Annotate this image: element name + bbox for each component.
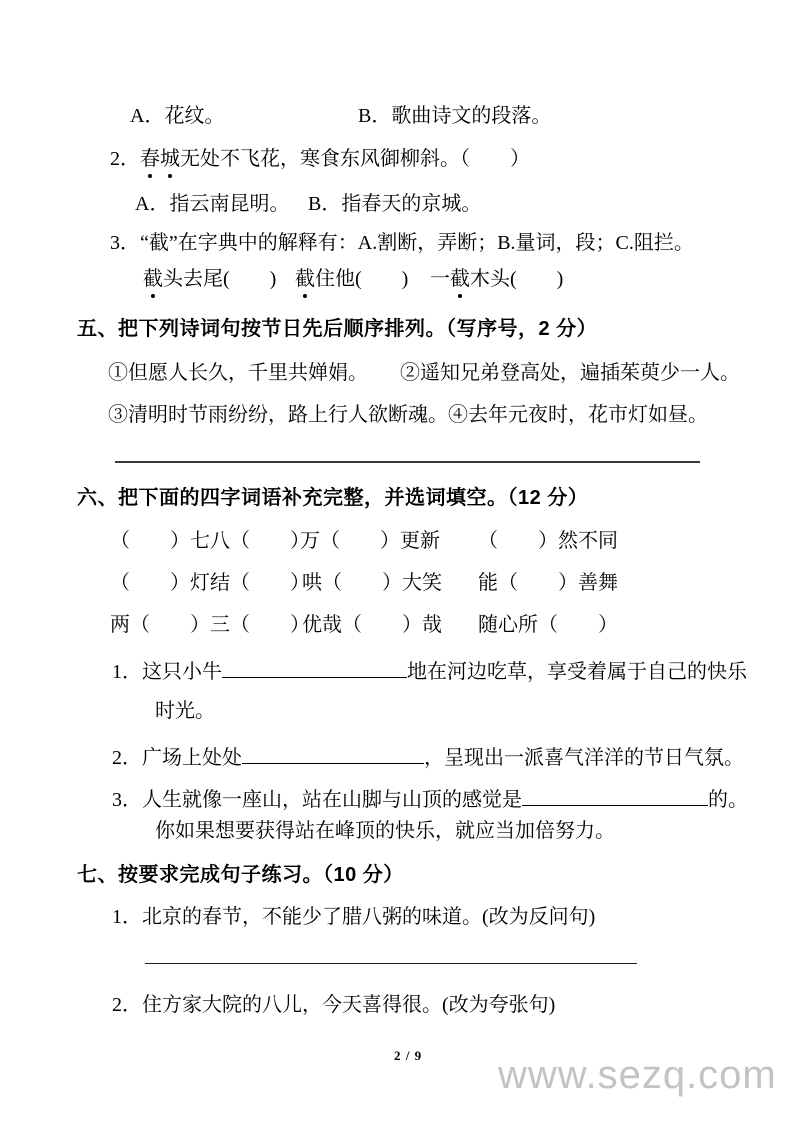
sec7-item-2: 2．住方家大院的八儿，今天喜得很。(改为夸张句): [112, 994, 555, 1017]
q1-option-b: B．歌曲诗文的段落。: [358, 105, 551, 128]
q3-blank-3-text: 木头( ): [470, 268, 563, 290]
sec6-item-1-post: 地在河边吃草，享受着属于自己的快乐: [407, 661, 747, 683]
sec7-item-1: 1．北京的春节，不能少了腊八粥的味道。(改为反问句): [112, 906, 595, 929]
sec6-item-2-pre: 2．广场上处处: [112, 747, 242, 769]
q3-blank-3-pre: 一: [430, 268, 450, 290]
word-grid-cell: 万（ ）更新: [300, 530, 440, 553]
word-grid-cell: 随心所（ ）: [478, 614, 618, 637]
q3-blank-1-text: 头去尾( ): [163, 268, 276, 290]
sec6-item-1-pre: 1．这只小牛: [112, 661, 222, 683]
fill-in-blank: [222, 656, 407, 678]
emphasized-char: 城: [160, 148, 180, 171]
sec6-item-3-post: 的。: [708, 789, 748, 811]
word-grid-cell: 优哉（ ）哉: [302, 614, 442, 637]
sec6-item-3-cont: 你如果想要获得站在峰顶的快乐，就应当加倍努力。: [155, 820, 615, 843]
q3-blank-1: 截头去尾( ): [143, 268, 276, 291]
question-3-text: “截”在字典中的解释有：A.割断，弄断；B.量词，段；C.阻拦。: [140, 232, 694, 254]
word-grid-cell: （ ）七八（ ）: [110, 530, 310, 553]
answer-line: [145, 963, 637, 964]
emphasized-char: 截: [295, 268, 315, 291]
page-number: 2 / 9: [394, 1048, 422, 1064]
word-grid-cell: 两（ ）三（ ）: [110, 614, 310, 637]
q3-blank-3: 一截木头( ): [430, 268, 563, 291]
emphasized-char: 截: [143, 268, 163, 291]
q1-option-a: A．花纹。: [130, 105, 224, 128]
emphasized-char: 春: [140, 148, 160, 171]
sec5-poem-3-4: ③清明时节雨纷纷，路上行人欲断魂。④去年元夜时，花市灯如昼。: [108, 404, 708, 427]
sec6-item-1-cont: 时光。: [155, 700, 215, 723]
section-5-heading: 五、把下列诗词句按节日先后顺序排列。（写序号，2 分）: [77, 318, 597, 341]
word-grid-cell: 能（ ）善舞: [478, 572, 618, 595]
sec6-item-1: 1．这只小牛地在河边吃草，享受着属于自己的快乐: [112, 656, 747, 684]
section-7-heading: 七、按要求完成句子练习。（10 分）: [77, 864, 404, 887]
question-2: 2．春城无处不飞花，寒食东风御柳斜。（ ）: [110, 148, 530, 171]
question-2-number: 2．: [110, 148, 140, 170]
sec5-poem-2: ②遥知兄弟登高处，遍插茱萸少一人。: [400, 362, 740, 385]
q3-blank-2: 截住他( ): [295, 268, 408, 291]
answer-line: [115, 461, 700, 463]
section-6-heading: 六、把下面的四字词语补充完整，并选词填空。（12 分）: [77, 487, 588, 510]
q3-blank-2-text: 住他( ): [315, 268, 408, 290]
sec6-item-3: 3．人生就像一座山，站在山脚与山顶的感觉是的。: [112, 784, 748, 812]
sec6-item-3-pre: 3．人生就像一座山，站在山脚与山顶的感觉是: [112, 789, 522, 811]
fill-in-blank: [242, 742, 424, 764]
fill-in-blank: [522, 784, 708, 806]
question-3-number: 3．: [110, 232, 140, 254]
question-3: 3．“截”在字典中的解释有：A.割断，弄断；B.量词，段；C.阻拦。: [110, 232, 694, 255]
word-grid-cell: （ ）然不同: [478, 530, 618, 553]
word-grid-cell: （ ）灯结（ ）: [110, 572, 310, 595]
q2-option-b: B．指春天的京城。: [308, 193, 481, 216]
sec6-item-2-post: ，呈现出一派喜气洋洋的节日气氛。: [424, 747, 744, 769]
q2-option-a: A．指云南昆明。: [135, 193, 289, 216]
word-grid-cell: 哄（ ）大笑: [302, 572, 442, 595]
emphasized-char: 截: [450, 268, 470, 291]
document-page: A．花纹。 B．歌曲诗文的段落。 2．春城无处不飞花，寒食东风御柳斜。（ ） A…: [0, 0, 800, 1131]
question-2-text: 无处不飞花，寒食东风御柳斜。（ ）: [180, 148, 530, 170]
sec6-item-2: 2．广场上处处，呈现出一派喜气洋洋的节日气氛。: [112, 742, 744, 770]
watermark: www.sezq.com: [498, 1053, 777, 1098]
sec5-poem-1: ①但愿人长久，千里共婵娟。: [108, 362, 368, 385]
